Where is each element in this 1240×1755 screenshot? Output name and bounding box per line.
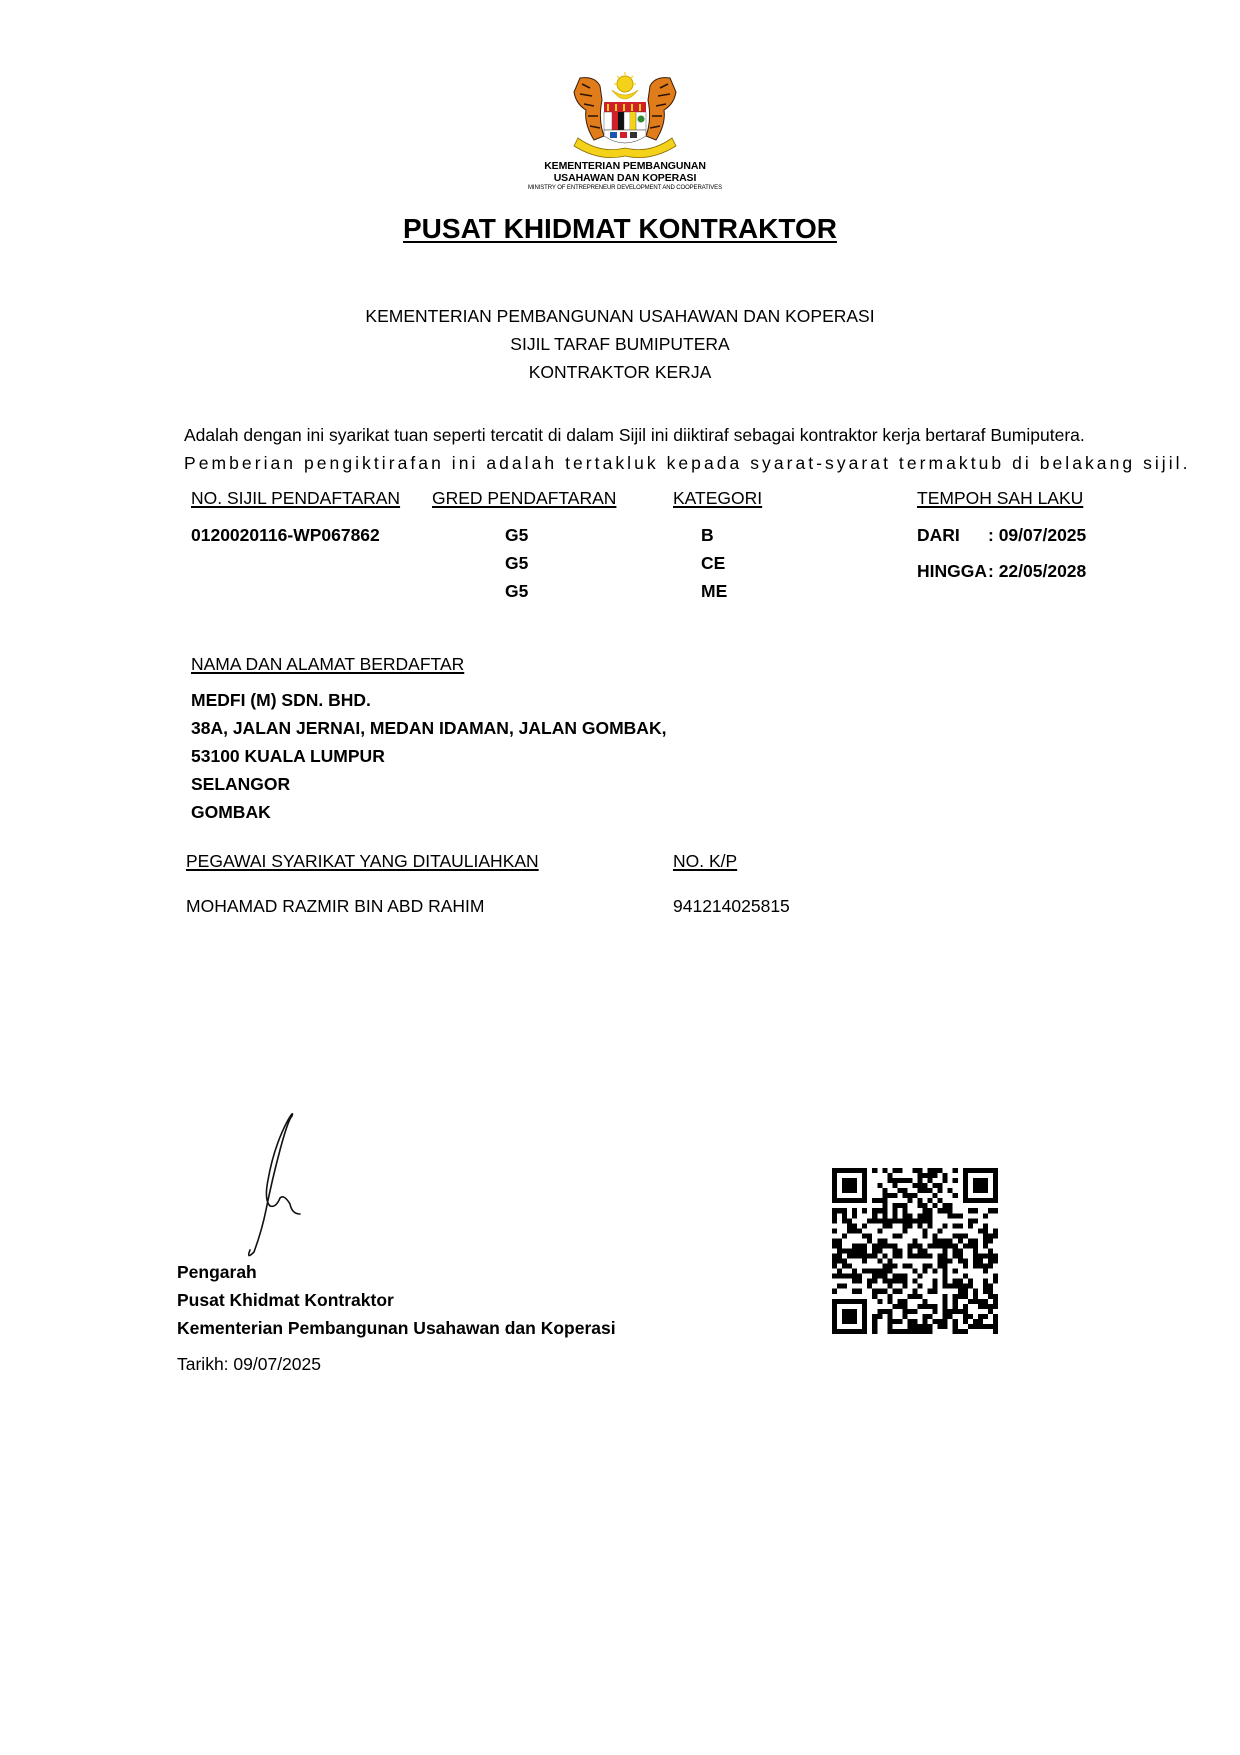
header-grade: GRED PENDAFTARAN	[432, 488, 616, 509]
category-value-1: B	[701, 525, 714, 546]
subheading-ministry: KEMENTERIAN PEMBANGUNAN USAHAWAN DAN KOP…	[0, 306, 1240, 327]
address-line-2: 53100 KUALA LUMPUR	[191, 746, 385, 767]
subheading-contractor-type: KONTRAKTOR KERJA	[0, 362, 1240, 383]
page-title: PUSAT KHIDMAT KONTRAKTOR	[0, 213, 1240, 245]
cert-no-value: 0120020116-WP067862	[191, 525, 380, 546]
officer-ic-no: 941214025815	[673, 896, 790, 917]
validity-from-value: : 09/07/2025	[988, 525, 1086, 546]
ministry-name-line2: USAHAWAN DAN KOPERASI	[520, 172, 730, 184]
ministry-logo: KEMENTERIAN PEMBANGUNAN USAHAWAN DAN KOP…	[520, 70, 730, 192]
category-value-3: ME	[701, 581, 727, 602]
officer-name: MOHAMAD RAZMIR BIN ABD RAHIM	[186, 896, 485, 917]
signatory-ministry: Kementerian Pembangunan Usahawan dan Kop…	[177, 1314, 616, 1342]
subheading-certificate-type: SIJIL TARAF BUMIPUTERA	[0, 334, 1240, 355]
grade-value-2: G5	[505, 553, 528, 574]
qr-code-icon	[832, 1168, 998, 1334]
header-authorized-officer: PEGAWAI SYARIKAT YANG DITAULIAHKAN	[186, 851, 539, 872]
handwritten-signature-icon	[240, 1110, 320, 1260]
header-ic-no: NO. K/P	[673, 851, 737, 872]
grade-value-3: G5	[505, 581, 528, 602]
header-cert-no: NO. SIJIL PENDAFTARAN	[191, 488, 400, 509]
address-line-1: 38A, JALAN JERNAI, MEDAN IDAMAN, JALAN G…	[191, 718, 666, 739]
validity-to-label: HINGGA	[917, 561, 987, 582]
statement-line-1: Adalah dengan ini syarikat tuan seperti …	[184, 425, 1172, 446]
address-district: GOMBAK	[191, 802, 271, 823]
signatory-department: Pusat Khidmat Kontraktor	[177, 1286, 616, 1314]
issue-date: Tarikh: 09/07/2025	[177, 1354, 321, 1375]
signatory-title: Pengarah	[177, 1258, 616, 1286]
header-registered-address: NAMA DAN ALAMAT BERDAFTAR	[191, 654, 464, 675]
header-category: KATEGORI	[673, 488, 762, 509]
header-validity: TEMPOH SAH LAKU	[917, 488, 1083, 509]
ministry-name-line1: KEMENTERIAN PEMBANGUNAN	[520, 160, 730, 172]
coat-of-arms-crest-icon	[560, 70, 690, 160]
ministry-name-english: MINISTRY OF ENTREPRENEUR DEVELOPMENT AND…	[520, 184, 730, 192]
statement-line-2: Pemberian pengiktirafan ini adalah terta…	[184, 453, 1172, 474]
grade-value-1: G5	[505, 525, 528, 546]
signatory-block: Pengarah Pusat Khidmat Kontraktor Kement…	[177, 1258, 616, 1342]
category-value-2: CE	[701, 553, 725, 574]
company-name: MEDFI (M) SDN. BHD.	[191, 690, 371, 711]
validity-to-value: : 22/05/2028	[988, 561, 1086, 582]
address-state: SELANGOR	[191, 774, 290, 795]
validity-from-label: DARI	[917, 525, 960, 546]
